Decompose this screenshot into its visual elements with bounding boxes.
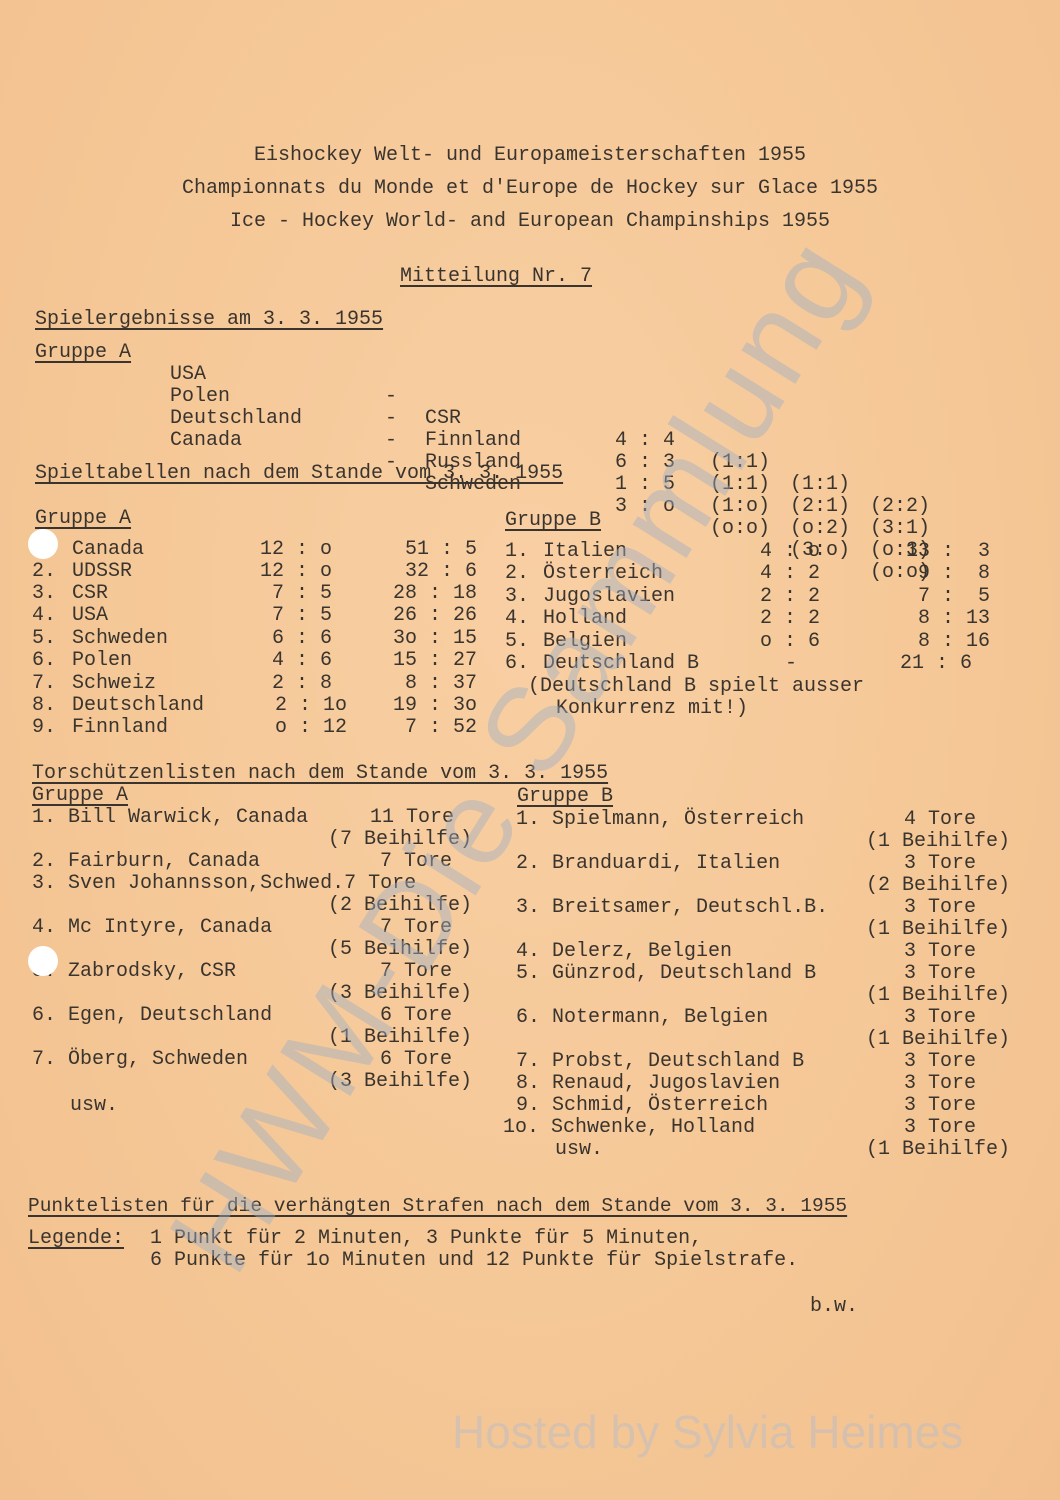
list-item-assists: (1 Beihilfe)	[866, 919, 1010, 941]
list-item: 4. Delerz, Belgien3 Tore	[516, 941, 732, 963]
punch-hole	[28, 946, 58, 976]
header-line-german: Eishockey Welt- und Europameisterschafte…	[0, 144, 1060, 167]
standings-title: Spieltabellen nach dem Stande vom 3. 3. …	[35, 463, 563, 485]
list-item-assists: (1 Beihilfe)	[866, 1029, 1010, 1051]
list-item-assists: (1 Beihilfe)	[866, 985, 1010, 1007]
list-item: 1. Bill Warwick, Canada11 Tore	[32, 807, 308, 829]
list-item-assists: (1 Beihilfe)	[866, 1139, 1010, 1161]
legend-label: Legende:	[28, 1228, 124, 1250]
list-item: 3. Breitsamer, Deutschl.B.3 Tore	[516, 897, 828, 919]
list-item: 8. Renaud, Jugoslavien3 Tore	[516, 1073, 780, 1095]
list-item: 9. Schmid, Österreich3 Tore	[516, 1095, 768, 1117]
list-item-assists: (1 Beihilfe)	[866, 831, 1010, 853]
header-line-english: Ice - Hockey World- and European Champin…	[0, 210, 1060, 233]
list-item: 6. Notermann, Belgien3 Tore	[516, 1007, 768, 1029]
notice-number: Mitteilung Nr. 7	[400, 266, 592, 288]
results-title: Spielergebnisse am 3. 3. 1955	[35, 309, 383, 331]
scorers-group-a-label: Gruppe A	[32, 785, 128, 807]
list-item: 5. Zabrodsky, CSR7 Tore	[32, 961, 236, 983]
header-line-french: Championnats du Monde et d'Europe de Hoc…	[0, 177, 1060, 200]
list-item: 2. Fairburn, Canada7 Tore	[32, 851, 260, 873]
list-etc: usw.	[70, 1095, 118, 1117]
turn-over-note: b.w.	[810, 1296, 858, 1318]
list-item: 1o. Schwenke, Holland3 Tore	[503, 1117, 755, 1139]
list-item: 4. Mc Intyre, Canada7 Tore	[32, 917, 272, 939]
results-group-label: Gruppe A	[35, 342, 131, 364]
list-item: 5. Günzrod, Deutschland B3 Tore	[516, 963, 816, 985]
watermark-hosted-by: Hosted by Sylvia Heimes	[452, 1405, 963, 1459]
list-item-assists: (2 Beihilfe)	[866, 875, 1010, 897]
list-etc: usw.	[555, 1139, 603, 1161]
document-page: Eishockey Welt- und Europameisterschafte…	[0, 0, 1060, 1500]
list-item: 2. Branduardi, Italien3 Tore	[516, 853, 780, 875]
list-item: 7. Probst, Deutschland B3 Tore	[516, 1051, 804, 1073]
list-item: 6. Egen, Deutschland6 Tore	[32, 1005, 272, 1027]
punch-hole	[28, 529, 58, 559]
standings-group-a-label: Gruppe A	[35, 508, 131, 530]
list-item: 7. Öberg, Schweden6 Tore	[32, 1049, 248, 1071]
